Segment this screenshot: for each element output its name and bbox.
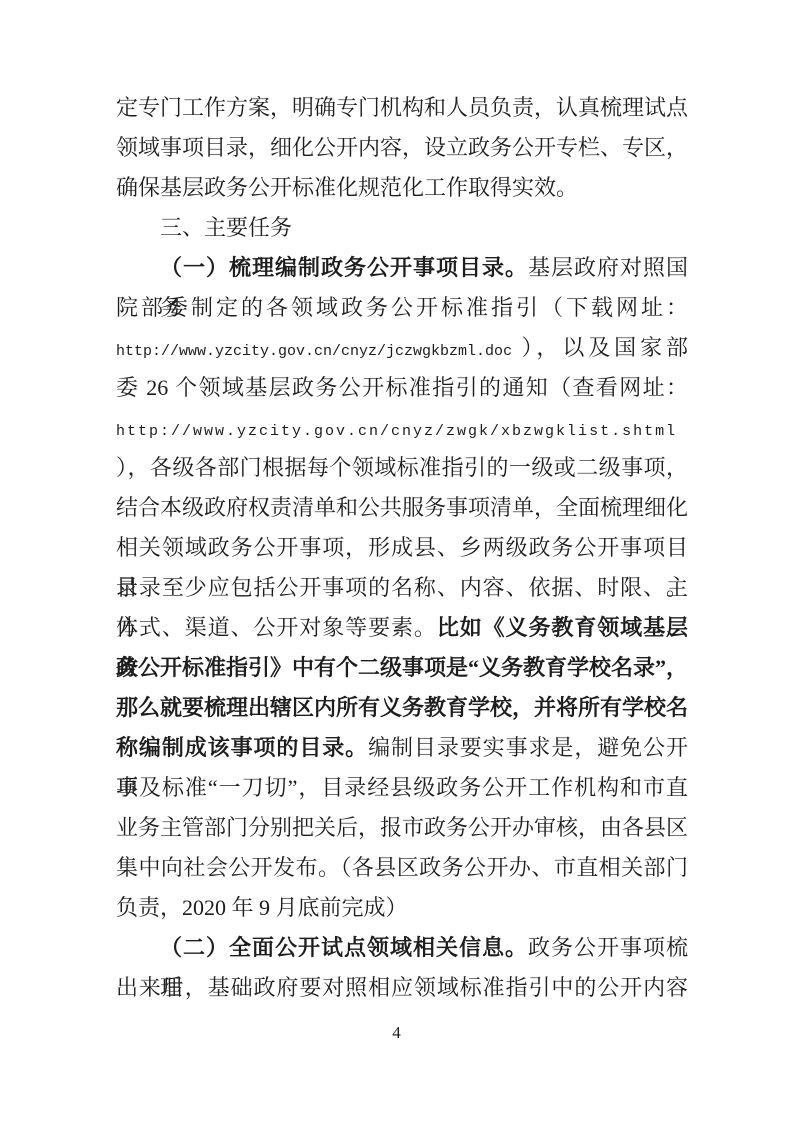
text-line: http://www.yzcity.gov.cn/cnyz/jczwgkbzml…: [116, 328, 688, 368]
text-line: 那么就要梳理出辖区内所有义务教育学校，并将所有学校名: [116, 688, 688, 728]
text-line: 目录至少应包括公开事项的名称、内容、依据、时限、主体、: [116, 568, 688, 608]
page: 定专门工作方案，明确专门机构和人员负责，认真梳理试点领域事项目录，细化公开内容，…: [0, 0, 793, 1121]
text-line: 结合本级政府权责清单和公共服务事项清单，全面梳理细化: [116, 488, 688, 528]
text-segment-plain: 方式、渠道、公开对象等要素。: [116, 615, 437, 640]
text-line: 确保基层政务公开标准化规范化工作取得实效。: [116, 168, 688, 208]
text-line: 称编制成该事项的目录。编制目录要实事求是，避免公开事: [116, 728, 688, 768]
document-body: 定专门工作方案，明确专门机构和人员负责，认真梳理试点领域事项目录，细化公开内容，…: [116, 88, 688, 1008]
text-line: 三、主要任务: [116, 208, 688, 248]
text-segment-plain: 结合本级政府权责清单和公共服务事项清单，全面梳理细化: [116, 495, 688, 520]
text-segment-bold: （一）梳理编制政务公开事项目录。: [160, 255, 528, 280]
text-line: 业务主管部门分别把关后，报市政务公开办审核，由各县区: [116, 808, 688, 848]
text-line: 委 26 个领域基层政务公开标准指引的通知（查看网址：: [116, 368, 688, 408]
text-segment-plain: 委 26 个领域基层政务公开标准指引的通知（查看网址：: [116, 375, 688, 400]
text-segment-plain: 定专门工作方案，明确专门机构和人员负责，认真梳理试点: [116, 95, 688, 120]
text-segment-plain: 项及标准“一刀切”，目录经县级政务公开工作机构和市直: [116, 775, 688, 800]
text-line: 院部委制定的各领域政务公开标准指引（下载网址：: [116, 288, 688, 328]
text-segment-plain: 领域事项目录，细化公开内容，设立政务公开专栏、专区，: [116, 135, 688, 160]
text-line: 领域事项目录，细化公开内容，设立政务公开专栏、专区，: [116, 128, 688, 168]
text-segment-hei: 三、主要任务: [160, 215, 292, 240]
text-line: 出来后，基础政府要对照相应领域标准指引中的公开内容: [116, 968, 688, 1008]
text-segment-bold: 称编制成该事项的目录。: [116, 735, 368, 760]
text-line: 负责，2020 年 9 月底前完成）: [116, 888, 688, 928]
text-line: 务公开标准指引》中有个二级事项是“义务教育学校名录”，: [116, 648, 688, 688]
text-segment-bold: 务公开标准指引》中有个二级事项是“义务教育学校名录”，: [116, 655, 688, 680]
text-line: http://www.yzcity.gov.cn/cnyz/zwgk/xbzwg…: [116, 408, 688, 448]
text-line: 项及标准“一刀切”，目录经县级政务公开工作机构和市直: [116, 768, 688, 808]
text-segment-bold: 那么就要梳理出辖区内所有义务教育学校，并将所有学校名: [116, 695, 688, 720]
text-line: 方式、渠道、公开对象等要素。比如《义务教育领域基层政: [116, 608, 688, 648]
text-segment-plain: ），各级各部门根据每个领域标准指引的一级或二级事项，: [116, 455, 688, 480]
page-number: 4: [0, 1018, 793, 1048]
text-segment-url: http://www.yzcity.gov.cn/cnyz/jczwgkbzml…: [116, 343, 512, 360]
text-segment-plain: 院部委制定的各领域政务公开标准指引（下载网址：: [116, 295, 688, 320]
text-segment-plain: ），以及国家部: [512, 335, 688, 360]
text-segment-plain: 负责，2020 年 9 月底前完成）: [116, 895, 408, 920]
text-segment-plain: 出来后，基础政府要对照相应领域标准指引中的公开内容: [116, 975, 688, 1000]
text-segment-plain: 集中向社会公开发布。（各县区政务公开办、市直相关部门: [116, 855, 688, 880]
text-segment-plain: 确保基层政务公开标准化规范化工作取得实效。: [116, 175, 578, 200]
text-line: ），各级各部门根据每个领域标准指引的一级或二级事项，: [116, 448, 688, 488]
text-line: （一）梳理编制政务公开事项目录。基层政府对照国务: [116, 248, 688, 288]
text-line: （二）全面公开试点领域相关信息。政务公开事项梳理: [116, 928, 688, 968]
text-line: 集中向社会公开发布。（各县区政务公开办、市直相关部门: [116, 848, 688, 888]
text-line: 相关领域政务公开事项，形成县、乡两级政务公开事项目录。: [116, 528, 688, 568]
text-segment-plain: 业务主管部门分别把关后，报市政务公开办审核，由各县区: [116, 815, 688, 840]
text-line: 定专门工作方案，明确专门机构和人员负责，认真梳理试点: [116, 88, 688, 128]
text-segment-url-wide: http://www.yzcity.gov.cn/cnyz/zwgk/xbzwg…: [116, 423, 677, 440]
text-segment-bold: （二）全面公开试点领域相关信息。: [160, 935, 528, 960]
